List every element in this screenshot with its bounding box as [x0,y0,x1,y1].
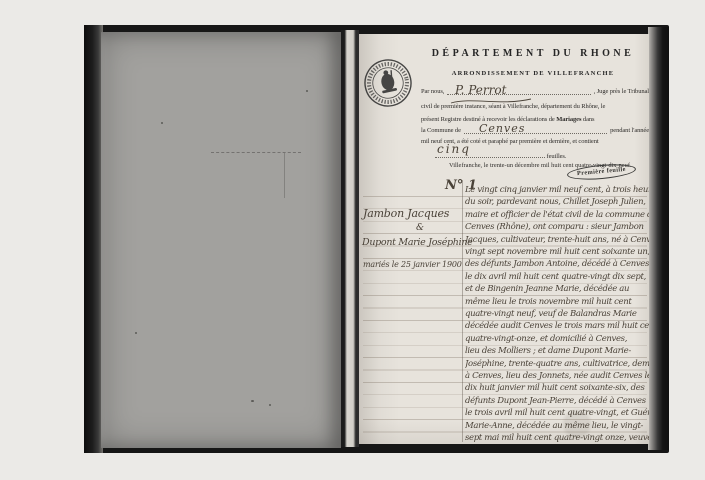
margin-separator-rule [462,180,463,442]
paper-speck [269,404,271,406]
act-body-line: Le vingt cinq janvier mil neuf cent, à t… [465,185,649,195]
annee-label: pendant l'année [610,127,649,134]
margin-marriage-date-note: mariés le 25 janvier 1900 [363,260,462,269]
act-body-line: dix huit janvier mil huit cent soixante-… [465,383,649,393]
act-body-line: vingt sept novembre mil huit cent soixan… [465,247,649,257]
preamble-line-3: présent Registre destiné à recevoir les … [421,116,649,123]
sheet-count-handwritten: cinq [437,142,471,156]
act-body-line: lieu des Molliers ; et dame Dupont Marie… [465,346,649,356]
act-body-line: quatre-vingt neuf, veuf de Balandras Mar… [465,309,649,319]
ink-bleed-mark [284,153,285,198]
act-body-line: même lieu le trois novembre mil huit cen… [465,297,649,307]
act-body-line: quatre-vingt-onze, et domicilié à Cenves… [465,334,649,344]
commune-handwritten-name: Cenves [479,122,525,135]
act-body-line: Cenves (Rhône), ont comparu : sieur Jamb… [465,222,649,232]
act-body-line: des défunts Jambon Antoine, décédé à Cen… [465,259,649,269]
act-body-line: à Cenves, lieu des Jonnets, née audit Ce… [465,371,649,381]
act-body-line: du soir, pardevant nous, Chillet Joseph … [465,197,649,207]
act-body-line: le trois avril mil huit cent quatre-ving… [465,408,649,418]
act-body-line: Joséphine, trente-quatre ans, cultivatri… [465,359,649,369]
ink-bleed-mark [211,152,301,153]
act-body-line: décédée audit Cenves le trois mars mil h… [465,321,649,331]
paper-speck [135,332,137,334]
margin-groom-name: Jambon Jacques [363,207,449,220]
margin-ampersand: & [416,223,424,233]
register-type-label: Mariages [556,116,581,123]
judge-signature: P. Perrot [455,83,506,97]
commune-label: la Commune de [421,127,461,134]
paper-speck [251,400,254,402]
paper-speck [306,90,308,92]
act-body-line: et de Bingenin Jeanne Marie, décédée au [465,284,649,294]
book-cover-right-edge [648,27,669,450]
margin-bride-name: Dupont Marie Joséphine [362,237,473,248]
act-body-line: défunts Dupont Jean-Pierre, décédé à Cen… [465,396,649,406]
department-title: DÉPARTEMENT DU RHONE [417,48,649,59]
arrondissement-subtitle: ARRONDISSEMENT DE VILLEFRANCHE [417,70,649,77]
preamble-line-4: la Commune de pendant l'année [421,127,649,134]
feuilles-label: feuilles. [547,153,567,160]
republique-francaise-official-seal-stamp-icon [363,58,413,108]
act-body-line: Jacques, cultivateur, trente-huit ans, n… [465,235,649,245]
act-body-line: le dix avril mil huit cent quatre-vingt … [465,272,649,282]
juge-tribunal-label: , Juge près le Tribunal [594,88,649,95]
blank-left-page [101,32,341,448]
paper-speck [161,122,163,124]
register-first-sheet-page: DÉPARTEMENT DU RHONE ARRONDISSEMENT DE V… [359,34,649,444]
par-nous-label: Par nous, [421,88,444,95]
act-body-line: Marie-Anne, décédée au même lieu, le vin… [465,421,649,431]
preamble-line-2: civil de première instance, séant à Vill… [421,103,649,110]
book-gutter [341,30,359,447]
register-book-scan: DÉPARTEMENT DU RHONE ARRONDISSEMENT DE V… [0,0,705,480]
act-body-line: maire et officier de l'état civil de la … [465,210,649,220]
act-body-line: sept mai mil huit cent quatre-vingt onze… [465,433,649,443]
